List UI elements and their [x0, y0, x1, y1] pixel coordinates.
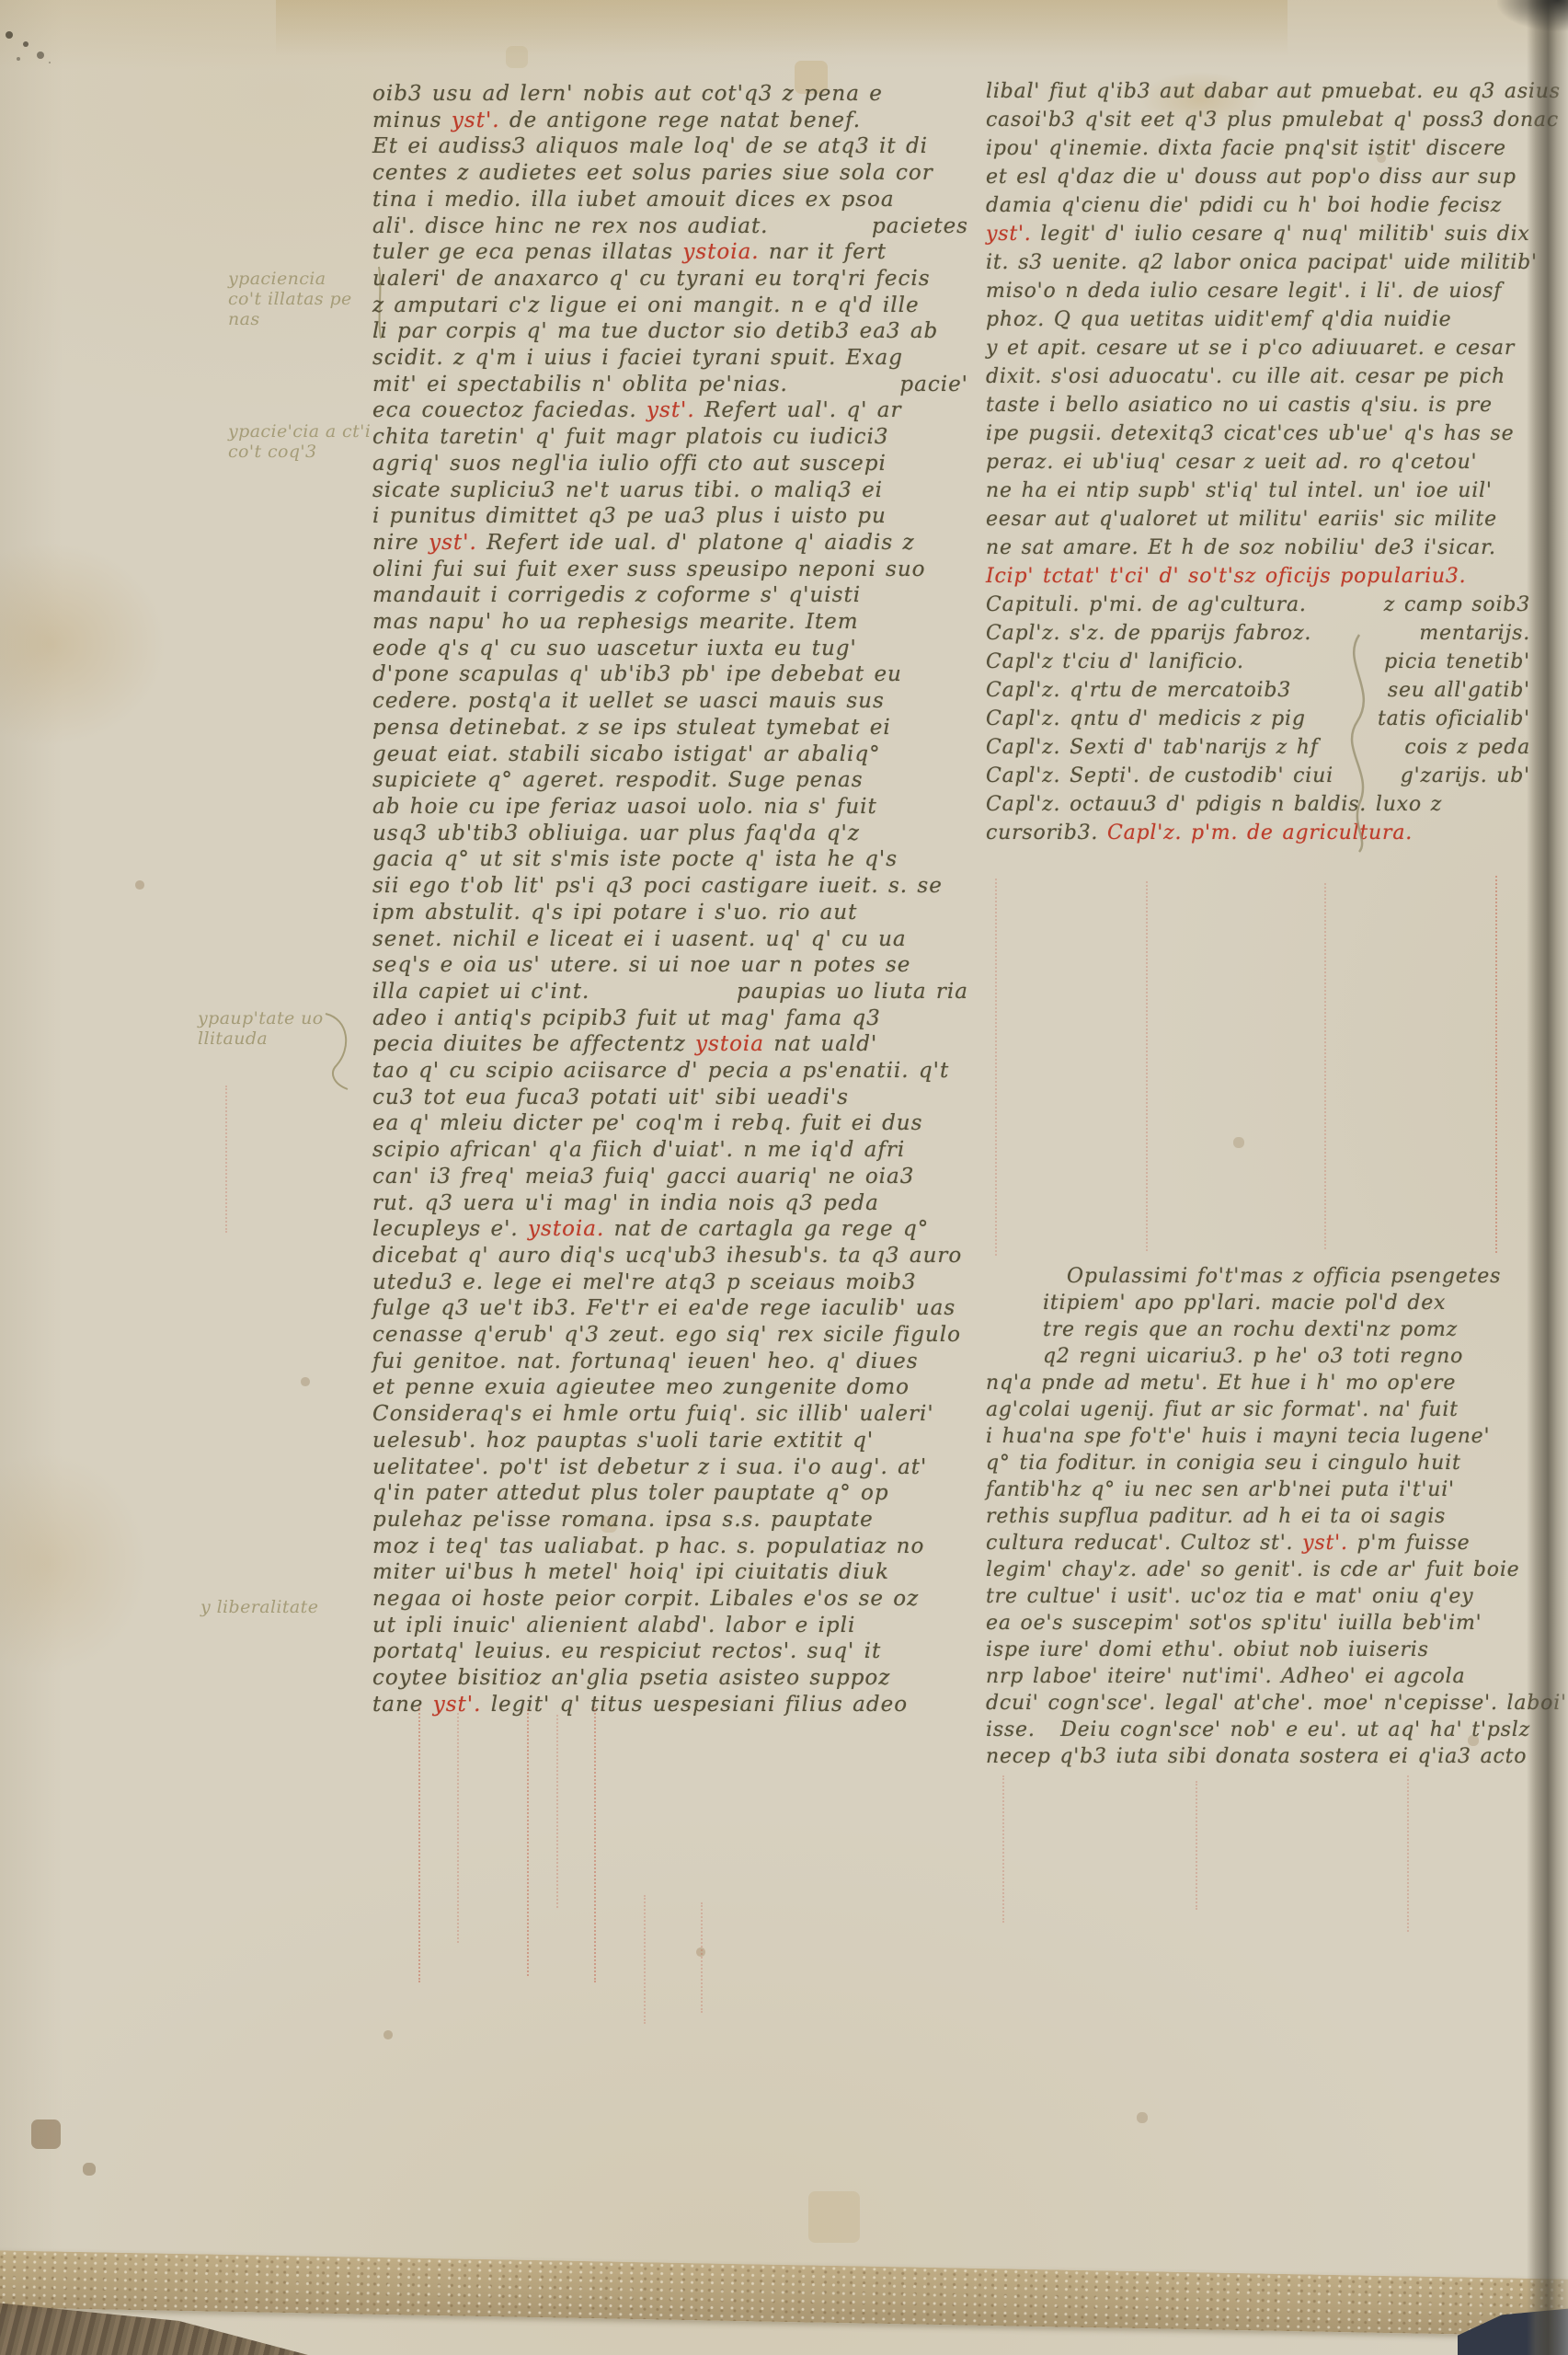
- manuscript-text-line: q2 regni uicariu3. p he' o3 toti regno: [986, 1343, 1530, 1370]
- manuscript-text-line: eesar aut q'ualoret ut militu' eariis' s…: [986, 505, 1530, 534]
- ruling-line: [225, 1086, 227, 1233]
- manuscript-text-line: ualeri' de anaxarco q' cu tyrani eu torq…: [372, 266, 968, 293]
- manuscript-text-line: y et apit. cesare ut se i p'co adiuuaret…: [986, 334, 1530, 362]
- manuscript-text-line: ea oe's suscepim' sot'os sp'itu' iuilla …: [986, 1610, 1530, 1637]
- margin-note-de-paciencia: ypacienciaco't illatas penas: [228, 269, 352, 329]
- manuscript-text-line: nq'a pnde ad metu'. Et hue i h' mo op'er…: [986, 1370, 1530, 1396]
- pen-flourish: [1332, 633, 1387, 854]
- rubric-text: yst'.: [433, 1692, 491, 1718]
- manuscript-text-line: tao q' cu scipio aciisarce d' pecia a ps…: [372, 1058, 968, 1085]
- manuscript-text-line: q'in pater attedut plus toler pauptate q…: [372, 1480, 968, 1507]
- manuscript-text-line: seq's e oia us' utere. si ui noe uar n p…: [372, 952, 968, 979]
- manuscript-text-line: lecupleys e'. ystoia. nat de cartagla ga…: [372, 1216, 968, 1243]
- ruling-line: [995, 879, 997, 1256]
- manuscript-text-line: mandauit i corrigedis z coforme s' q'uis…: [372, 582, 968, 609]
- manuscript-text-line: cursorib3. Capl'z. p'm. de agricultura.: [986, 819, 1530, 847]
- margin-note-de-paciencia-2: ypacie'cia a ct'ico't coq'3: [228, 421, 371, 462]
- manuscript-text-line: gacia q° ut sit s'mis iste pocte q' ista…: [372, 846, 968, 873]
- dark-corner-top-right: [1497, 0, 1568, 39]
- manuscript-text-line: isse.Deiu cogn'sce' nob' e eu'. ut aq' h…: [986, 1717, 1530, 1743]
- manuscript-text-line: phoz. Q qua uetitas uidit'emf q'dia nuid…: [986, 305, 1530, 334]
- ruling-line: [1146, 881, 1148, 1251]
- manuscript-text-line: miso'o n deda iulio cesare legit'. i li'…: [986, 277, 1530, 305]
- manuscript-page: ypacienciaco't illatas penas ypacie'cia …: [0, 0, 1568, 2355]
- stain-left-margin-lower: [0, 1453, 147, 1674]
- manuscript-text-line: illa capiet ui c'int.paupias uo liuta ri…: [372, 979, 968, 1005]
- parchment-speckles: [0, 0, 4, 4]
- manuscript-text-line: fantib'hz q° iu nec sen ar'b'nei puta i'…: [986, 1476, 1530, 1503]
- ruling-line: [457, 1713, 459, 1943]
- manuscript-text-line: scidit. z q'm i uius i faciei tyrani spu…: [372, 345, 968, 372]
- manuscript-text-line: y liberalitate: [200, 1597, 318, 1617]
- manuscript-text-line: eode q's q' cu suo uascetur iuxta eu tug…: [372, 636, 968, 662]
- manuscript-text-line: ut ipli inuic' alienient alabd'. labor e…: [372, 1613, 968, 1639]
- manuscript-text-line: cultura reducat'. Cultoz st'. yst'. p'm …: [986, 1530, 1530, 1557]
- ruling-line: [556, 1715, 558, 1908]
- manuscript-text-line: ipm abstulit. q's ipi potare i s'uo. rio…: [372, 900, 968, 926]
- manuscript-text-line: nas: [228, 309, 352, 329]
- manuscript-text-line: ypaciencia: [228, 269, 352, 289]
- manuscript-text-line: llitauda: [198, 1028, 324, 1049]
- ruling-line: [1002, 1775, 1004, 1923]
- manuscript-text-line: fui genitoe. nat. fortunaq' ieuen' heo. …: [372, 1349, 968, 1375]
- manuscript-text-line: li par corpis q' ma tue ductor sio detib…: [372, 318, 968, 345]
- manuscript-text-line: ne ha ei ntip supb' st'iq' tul intel. un…: [986, 477, 1530, 505]
- rubric-text: yst'.: [647, 397, 704, 424]
- manuscript-text-line: Capl'z. q'rtu de mercatoib3seu all'gatib…: [986, 676, 1530, 705]
- manuscript-text-line: Et ei audiss3 aliquos male loq' de se at…: [372, 133, 968, 160]
- manuscript-text-line: q° tia foditur. in conigia seu i cingulo…: [986, 1450, 1530, 1476]
- manuscript-text-line: senet. nichil e liceat ei i uasent. uq' …: [372, 926, 968, 953]
- binding-turn-in-band: [0, 2250, 1568, 2337]
- manuscript-text-line: Capl'z. octauu3 d' pdigis n baldis. luxo…: [986, 790, 1530, 819]
- manuscript-text-line: eca couectoz faciedas. yst'. Refert ual'…: [372, 397, 968, 424]
- manuscript-text-line: Capituli. p'mi. de ag'cultura.z camp soi…: [986, 591, 1530, 619]
- manuscript-text-line: et esl q'daz die u' douss aut pop'o diss…: [986, 163, 1530, 191]
- rubric-text: yst'.: [429, 530, 486, 557]
- manuscript-text-line: ne sat amare. Et h de soz nobiliu' de3 i…: [986, 534, 1530, 562]
- manuscript-text-line: agriq' suos negl'ia iulio offi cto aut s…: [372, 451, 968, 477]
- manuscript-text-line: ab hoie cu ipe feriaz uasoi uolo. nia s'…: [372, 794, 968, 821]
- manuscript-text-line: d'pone scapulas q' ub'ib3 pb' ipe debeba…: [372, 661, 968, 688]
- manuscript-text-line: cu3 tot eua fuca3 potati uit' sibi ueadi…: [372, 1085, 968, 1111]
- manuscript-text-line: Capl'z. qntu d' medicis z pigtatis ofici…: [986, 705, 1530, 733]
- manuscript-text-line: pensa detinebat. z se ips stuleat tymeba…: [372, 715, 968, 741]
- manuscript-text-line: oib3 usu ad lern' nobis aut cot'q3 z pen…: [372, 81, 968, 108]
- manuscript-text-line: ag'colai ugenij. fiut ar sic format'. na…: [986, 1396, 1530, 1423]
- manuscript-text-line: tre regis que an rochu dexti'nz pomz: [986, 1316, 1530, 1343]
- manuscript-text-line: olini fui sui fuit exer suss speusipo ne…: [372, 557, 968, 583]
- manuscript-text-line: nrp laboe' iteire' nut'imi'. Adheo' ei a…: [986, 1663, 1530, 1690]
- rubric-text: ystoia.: [682, 239, 759, 266]
- rubric-text: Icip' tctat' t'ci' d' so't'sz oficijs po…: [986, 562, 1466, 591]
- manuscript-text-line: ea q' mleiu dicter pe' coq'm i rebq. fui…: [372, 1110, 968, 1137]
- manuscript-text-line: i punitus dimittet q3 pe ua3 plus i uist…: [372, 503, 968, 530]
- manuscript-text-line: scipio african' q'a fiich d'uiat'. n me …: [372, 1137, 968, 1164]
- ruling-line: [1324, 883, 1326, 1249]
- manuscript-text-line: chita taretin' q' fuit magr platois cu i…: [372, 424, 968, 451]
- manuscript-text-line: uelesub'. hoz pauptas s'uoli tarie extit…: [372, 1428, 968, 1454]
- manuscript-text-line: yst'. legit' d' iulio cesare q' nuq' mil…: [986, 220, 1530, 248]
- manuscript-text-line: z amputari c'z ligue ei oni mangit. n e …: [372, 293, 968, 319]
- manuscript-text-line: can' i3 freq' meia3 fuiq' gacci auariq' …: [372, 1164, 968, 1190]
- manuscript-text-line: centes z audietes eet solus paries siue …: [372, 160, 968, 187]
- ink-blot-top-left: [6, 31, 13, 39]
- manuscript-text-line: mas napu' ho ua rephesigs mearite. Item: [372, 609, 968, 636]
- manuscript-text-line: ipe pugsii. detexitq3 cicat'ces ub'ue' q…: [986, 419, 1530, 448]
- manuscript-text-line: ypacie'cia a ct'i: [228, 421, 371, 442]
- manuscript-text-line: adeo i antiq's pcipib3 fuit ut mag' fama…: [372, 1005, 968, 1032]
- ruling-line: [644, 1895, 646, 2024]
- manuscript-text-line: pulehaz pe'isse romana. ipsa s.s. paupta…: [372, 1507, 968, 1534]
- manuscript-text-line: usq3 ub'tib3 obliuiga. uar plus faq'da q…: [372, 821, 968, 847]
- dark-corner-bottom-right: [1458, 2303, 1568, 2355]
- ruling-line: [1407, 1775, 1409, 1932]
- manuscript-text-line: ipou' q'inemie. dixta facie pnq'sit isti…: [986, 134, 1530, 163]
- manuscript-text-line: legim' chay'z. ade' so genit'. is cde ar…: [986, 1557, 1530, 1583]
- left-text-column: oib3 usu ad lern' nobis aut cot'q3 z pen…: [372, 81, 968, 1718]
- manuscript-text-line: fulge q3 ue't ib3. Fe't'r ei ea'de rege …: [372, 1295, 968, 1322]
- manuscript-text-line: dicebat q' auro diq's ucq'ub3 ihesub's. …: [372, 1243, 968, 1269]
- fore-edge-shadow-band: [1527, 0, 1568, 2355]
- rubric-text: ystoia: [695, 1031, 773, 1058]
- manuscript-text-line: co't illatas pe: [228, 289, 352, 309]
- manuscript-text-line: Capl'z t'ciu d' lanificio.picia tenetib': [986, 648, 1530, 676]
- manuscript-text-line: Consideraq's ei hmle ortu fuiq'. sic ill…: [372, 1401, 968, 1428]
- manuscript-text-line: ypaup'tate uo: [198, 1008, 324, 1028]
- manuscript-text-line: portatq' leuius. eu respiciut rectos'. s…: [372, 1638, 968, 1665]
- manuscript-text-line: Opulassimi fo't'mas z officia psengetes: [986, 1263, 1530, 1290]
- manuscript-text-line: nire yst'. Refert ide ual. d' platone q'…: [372, 530, 968, 557]
- manuscript-text-line: necep q'b3 iuta sibi donata sostera ei q…: [986, 1743, 1530, 1770]
- manuscript-text-line: utedu3 e. lege ei mel're atq3 p sceiaus …: [372, 1269, 968, 1296]
- manuscript-text-line: tre cultue' i usit'. uc'oz tia e mat' on…: [986, 1583, 1530, 1610]
- manuscript-text-line: rethis supflua paditur. ad h ei ta oi sa…: [986, 1503, 1530, 1530]
- manuscript-text-line: damia q'cienu die' pdidi cu h' boi hodie…: [986, 191, 1530, 220]
- manuscript-text-line: geuat eiat. stabili sicabo istigat' ar a…: [372, 741, 968, 768]
- right-text-column-lower: Opulassimi fo't'mas z officia psengetesi…: [986, 1263, 1530, 1770]
- manuscript-text-line: casoi'b3 q'sit eet q'3 plus pmulebat q' …: [986, 106, 1530, 134]
- manuscript-text-line: minus yst'. de antigone rege natat benef…: [372, 108, 968, 134]
- manuscript-text-line: negaa oi hoste peior corpit. Libales e'o…: [372, 1586, 968, 1613]
- manuscript-text-line: ali'. disce hinc ne rex nos audiat.pacie…: [372, 213, 968, 240]
- ruling-line: [1495, 876, 1497, 1253]
- right-text-column-upper: libal' fiut q'ib3 aut dabar aut pmuebat.…: [986, 77, 1530, 847]
- manuscript-text-line: miter ui'bus h metel' hoiq' ipi ciuitati…: [372, 1559, 968, 1586]
- manuscript-text-line: Icip' tctat' t'ci' d' so't'sz oficijs po…: [986, 562, 1530, 591]
- manuscript-text-line: i hua'na spe fo't'e' huis i mayni tecia …: [986, 1423, 1530, 1450]
- manuscript-text-line: Capl'z. Sexti d' tab'narijs z hfcois z p…: [986, 733, 1530, 762]
- rubric-text: yst'.: [452, 108, 509, 134]
- manuscript-text-line: rut. q3 uera u'i mag' in india nois q3 p…: [372, 1190, 968, 1217]
- manuscript-text-line: sii ego t'ob lit' ps'i q3 poci castigare…: [372, 873, 968, 900]
- manuscript-text-line: et penne exuia agieutee meo zungenite do…: [372, 1374, 968, 1401]
- manuscript-text-line: tane yst'. legit' q' titus uespesiani fi…: [372, 1692, 968, 1718]
- manuscript-text-line: tina i medio. illa iubet amouit dices ex…: [372, 187, 968, 213]
- manuscript-text-line: mit' ei spectabilis n' oblita pe'nias.pa…: [372, 372, 968, 398]
- ruling-line: [1196, 1781, 1197, 1910]
- manuscript-text-line: moz i teq' tas ualiabat. p hac. s. popul…: [372, 1534, 968, 1560]
- manuscript-text-line: cedere. postq'a it uellet se uasci mauis…: [372, 688, 968, 715]
- manuscript-text-line: itipiem' apo pp'lari. macie pol'd dex: [986, 1290, 1530, 1316]
- manuscript-text-line: dixit. s'osi aduocatu'. cu ille ait. ces…: [986, 362, 1530, 391]
- manuscript-text-line: ispe iure' domi ethu'. obiut nob iuiseri…: [986, 1637, 1530, 1663]
- manuscript-text-line: Capl'z. s'z. de pparijs fabroz.mentarijs…: [986, 619, 1530, 648]
- rubric-text: yst'.: [1302, 1530, 1356, 1557]
- manuscript-text-line: cenasse q'erub' q'3 zeut. ego siq' rex s…: [372, 1322, 968, 1349]
- margin-bracket-curve: [324, 1012, 361, 1095]
- manuscript-text-line: coytee bisitioz an'glia psetia asisteo s…: [372, 1665, 968, 1692]
- ruling-line: [418, 1706, 420, 1982]
- manuscript-text-line: peraz. ei ub'iuq' cesar z ueit ad. ro q'…: [986, 448, 1530, 477]
- manuscript-text-line: tuler ge eca penas illatas ystoia. nar i…: [372, 239, 968, 266]
- stain-left-margin-upper: [0, 543, 166, 745]
- manuscript-text-line: supiciete q° ageret. respodit. Suge pena…: [372, 767, 968, 794]
- manuscript-text-line: Capl'z. Septi'. de custodib' ciuig'zarij…: [986, 762, 1530, 790]
- manuscript-text-line: sicate supliciu3 ne't uarus tibi. o mali…: [372, 477, 968, 504]
- ruling-line: [701, 1902, 703, 2013]
- rubric-text: ystoia.: [528, 1216, 614, 1243]
- manuscript-text-line: libal' fiut q'ib3 aut dabar aut pmuebat.…: [986, 77, 1530, 106]
- stain-top-edge: [276, 0, 1288, 55]
- manuscript-text-line: pecia diuites be affectentz ystoia nat u…: [372, 1031, 968, 1058]
- manuscript-text-line: taste i bello asiatico no ui castis q'si…: [986, 391, 1530, 419]
- board-edge-leather: [0, 2296, 308, 2355]
- ruling-line: [594, 1706, 596, 1982]
- margin-note-de-paupertate: ypaup'tate uollitauda: [198, 1008, 324, 1049]
- manuscript-text-line: it. s3 uenite. q2 labor onica pacipat' u…: [986, 248, 1530, 277]
- rubric-text: yst'.: [986, 220, 1040, 248]
- ruling-line: [527, 1709, 529, 1976]
- manuscript-text-line: co't coq'3: [228, 442, 371, 462]
- margin-note-de-liberalitate: y liberalitate: [200, 1597, 318, 1617]
- manuscript-text-line: dcui' cogn'sce'. legal' at'che'. moe' n'…: [986, 1690, 1530, 1717]
- manuscript-text-line: uelitatee'. po't' ist debetur z i sua. i…: [372, 1454, 968, 1481]
